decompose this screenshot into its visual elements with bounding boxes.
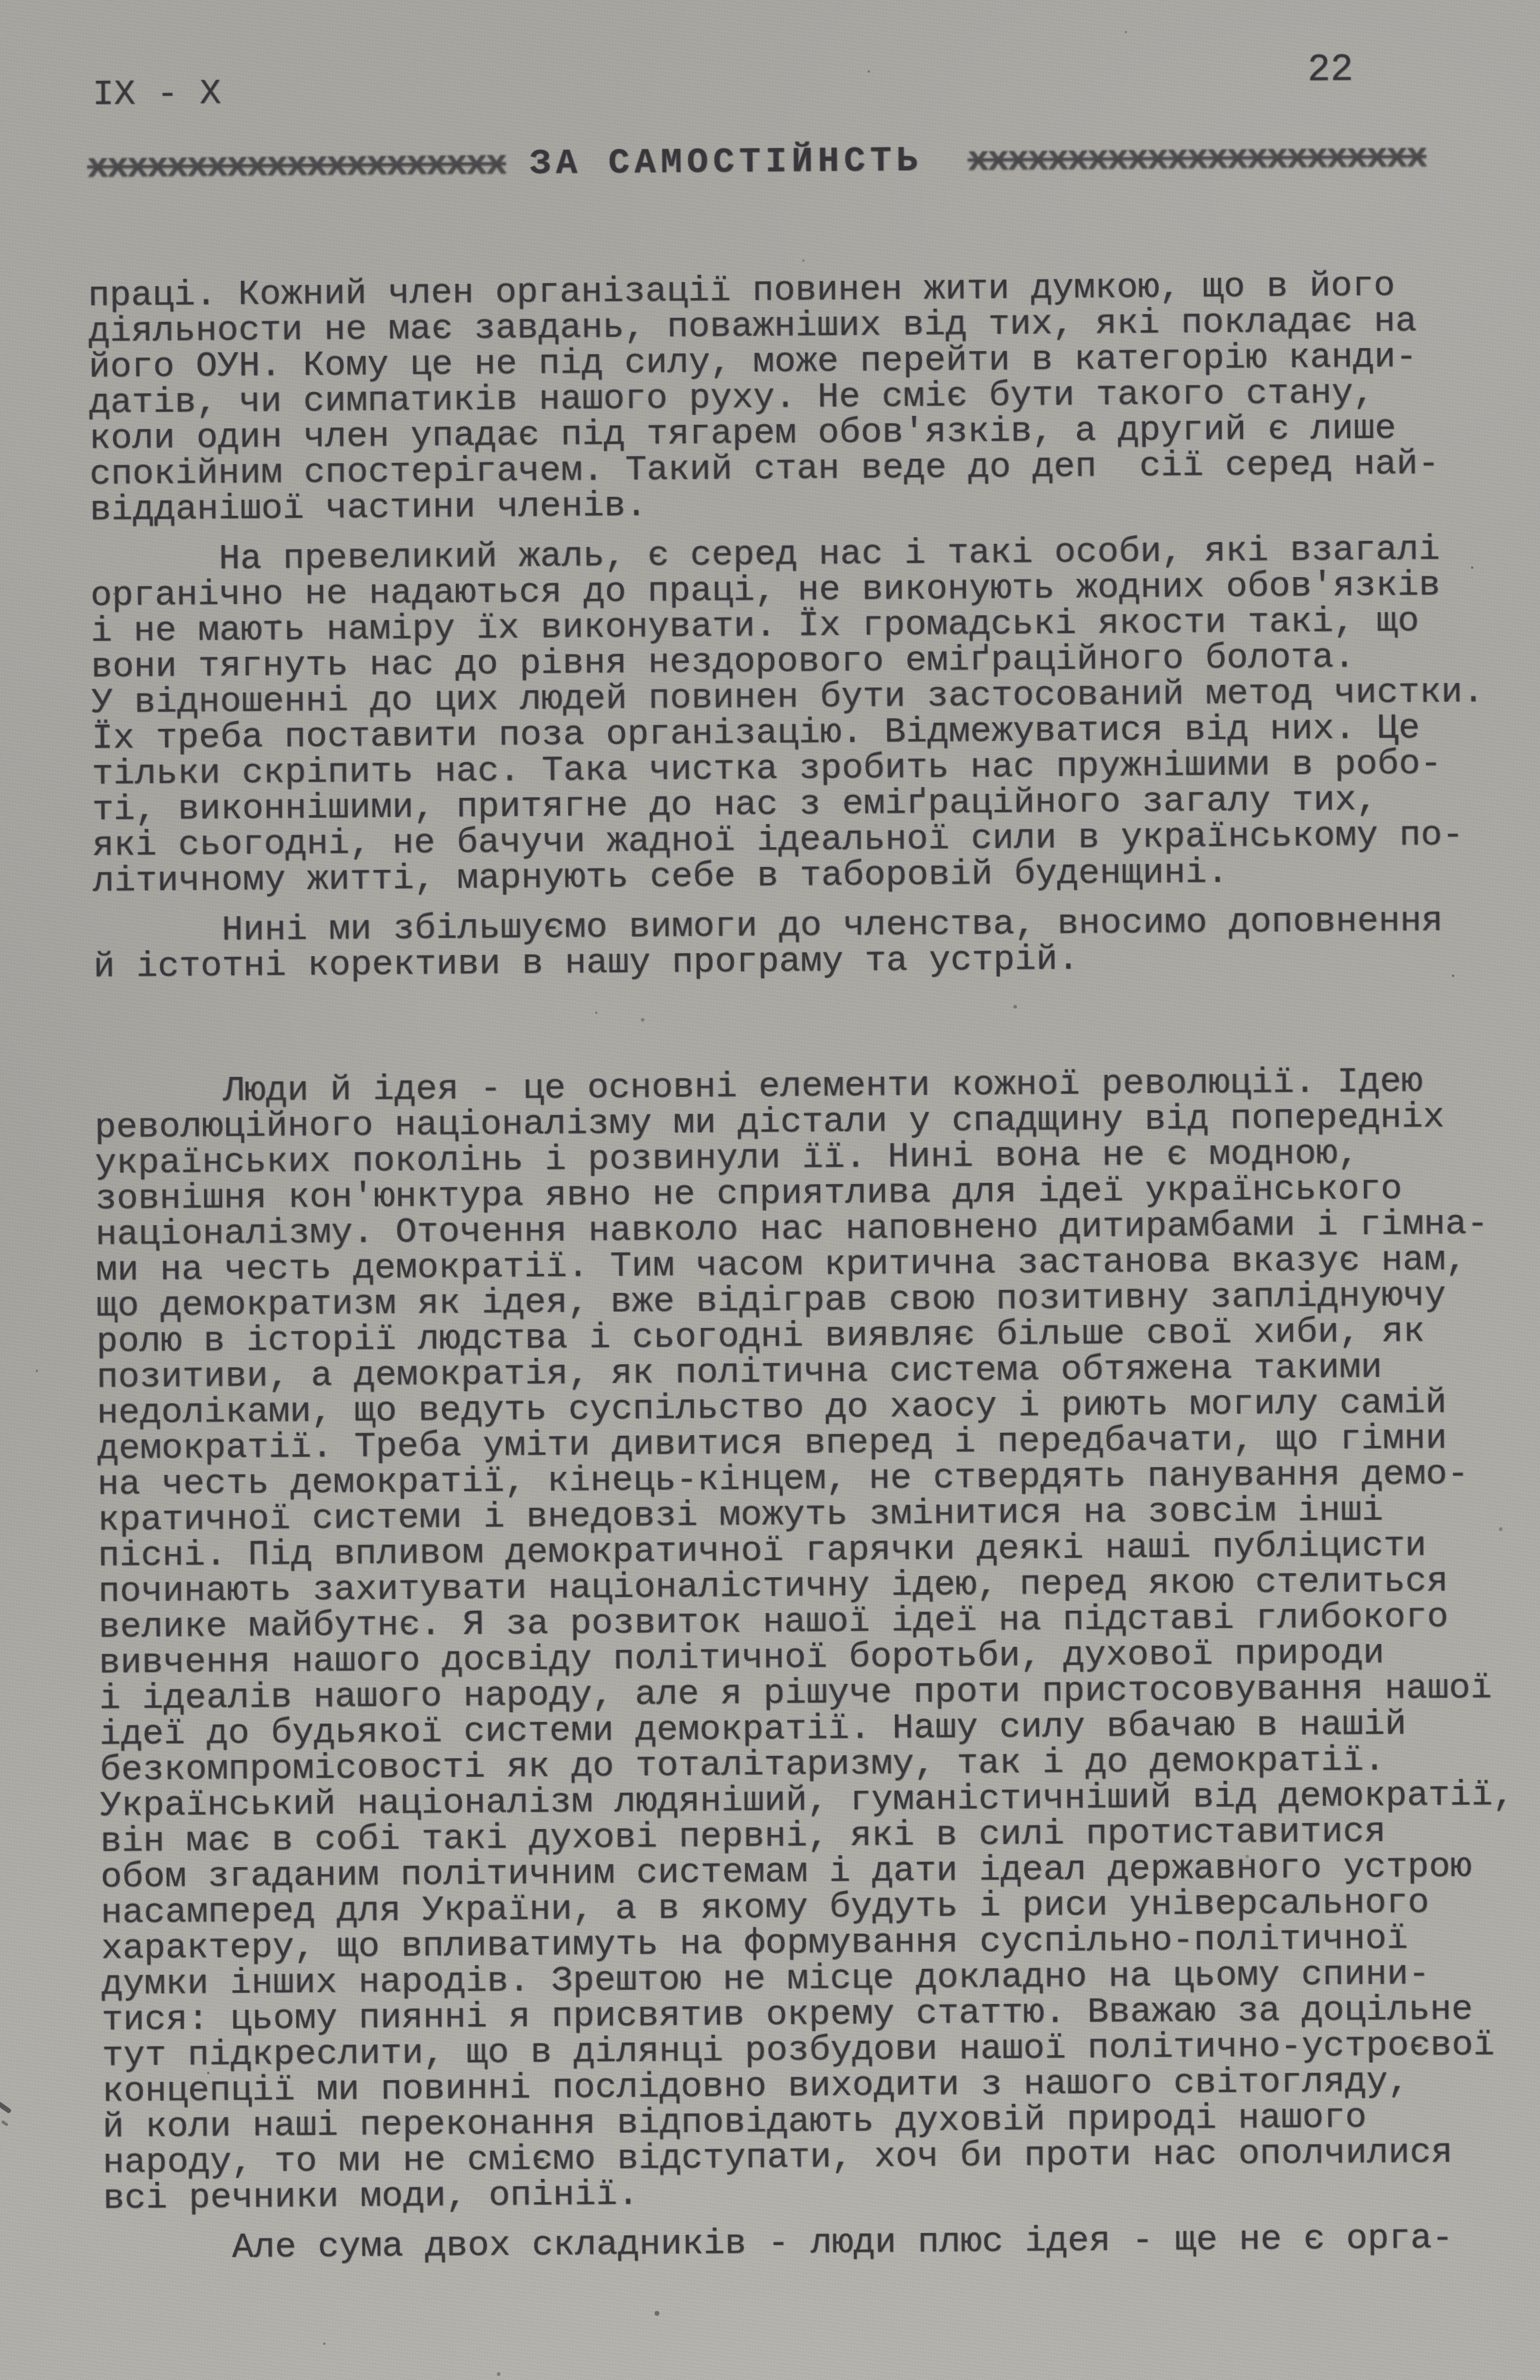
text-line: літичному житті, марнують себе в таборов… — [93, 853, 1509, 900]
strikeout-right: ххххххххххххххххххххххх — [968, 139, 1426, 178]
masthead-title: ЗА САМОСТІЙНСТЬ — [530, 143, 923, 182]
scan-edge-mark — [0, 2101, 12, 2113]
paragraph: На превеликий жаль, є серед нас і такі о… — [90, 531, 1509, 900]
paragraph: Але сума двох складників - люди плюс іде… — [104, 2220, 1520, 2267]
scanned-page: { "document": { "header": { "chapter_ran… — [0, 0, 1540, 2380]
paragraph: Нині ми збільшуємо вимоги до членства, в… — [93, 903, 1510, 985]
strikeout-left: ххххххххххххххххххххх — [87, 146, 506, 186]
document-body: праці. Кожний член організації повинен ж… — [88, 267, 1520, 2267]
text-line: й істотні корективи в нашу програму та у… — [93, 938, 1510, 985]
paragraph: Люди й ідея - це основні елементи кожної… — [94, 1063, 1519, 2217]
text-line: Але сума двох складників - люди плюс іде… — [104, 2220, 1520, 2267]
typewritten-content: IX - X 22 ххххххххххххххххххххх ЗА САМОС… — [0, 0, 1540, 2380]
masthead: ххххххххххххххххххххх ЗА САМОСТІЙНСТЬ хх… — [87, 139, 1426, 186]
paragraph: праці. Кожний член організації повинен ж… — [88, 267, 1506, 528]
chapter-range-label: IX - X — [92, 76, 221, 113]
scan-edge-mark-small — [1, 2120, 9, 2127]
page-number: 22 — [1307, 51, 1353, 90]
